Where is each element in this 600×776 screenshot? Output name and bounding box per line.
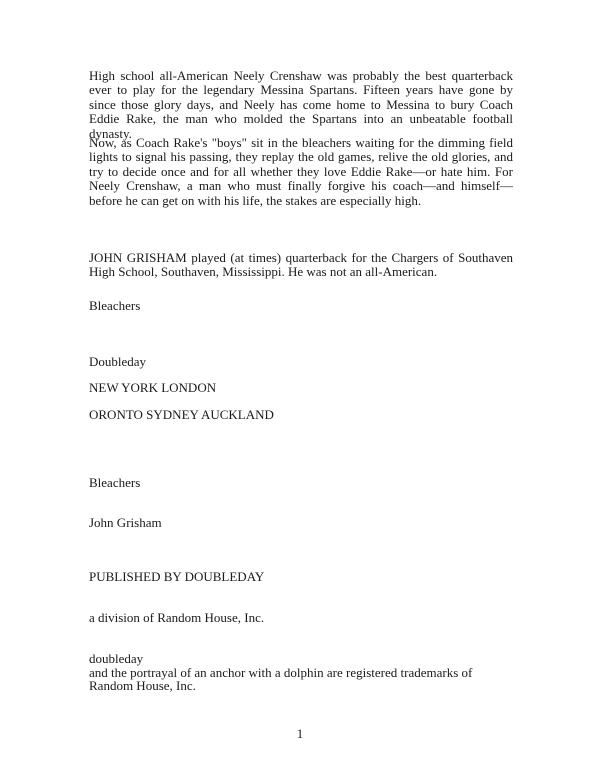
document-page: High school all-American Neely Crenshaw …	[0, 0, 600, 776]
blurb-paragraph-2: Now, as Coach Rake's "boys" sit in the b…	[89, 136, 513, 208]
blurb-paragraph-1: High school all-American Neely Crenshaw …	[89, 69, 513, 141]
publisher-name: Doubleday	[89, 355, 513, 369]
trademark-text: and the portrayal of an anchor with a do…	[89, 666, 513, 693]
published-by-line: PUBLISHED BY DOUBLEDAY	[89, 570, 513, 584]
division-line: a division of Random House, Inc.	[89, 611, 513, 625]
title-page-author: John Grisham	[89, 516, 513, 530]
trademark-notice: doubleday and the portrayal of an anchor…	[89, 652, 513, 693]
publisher-cities-line-2: ORONTO SYDNEY AUCKLAND	[89, 408, 513, 422]
publisher-cities-line-1: NEW YORK LONDON	[89, 381, 513, 395]
title-page-title: Bleachers	[89, 476, 513, 490]
half-title: Bleachers	[89, 299, 513, 313]
trademark-word: doubleday	[89, 652, 513, 666]
author-bio: JOHN GRISHAM played (at times) quarterba…	[89, 251, 513, 280]
page-number: 1	[0, 726, 600, 742]
